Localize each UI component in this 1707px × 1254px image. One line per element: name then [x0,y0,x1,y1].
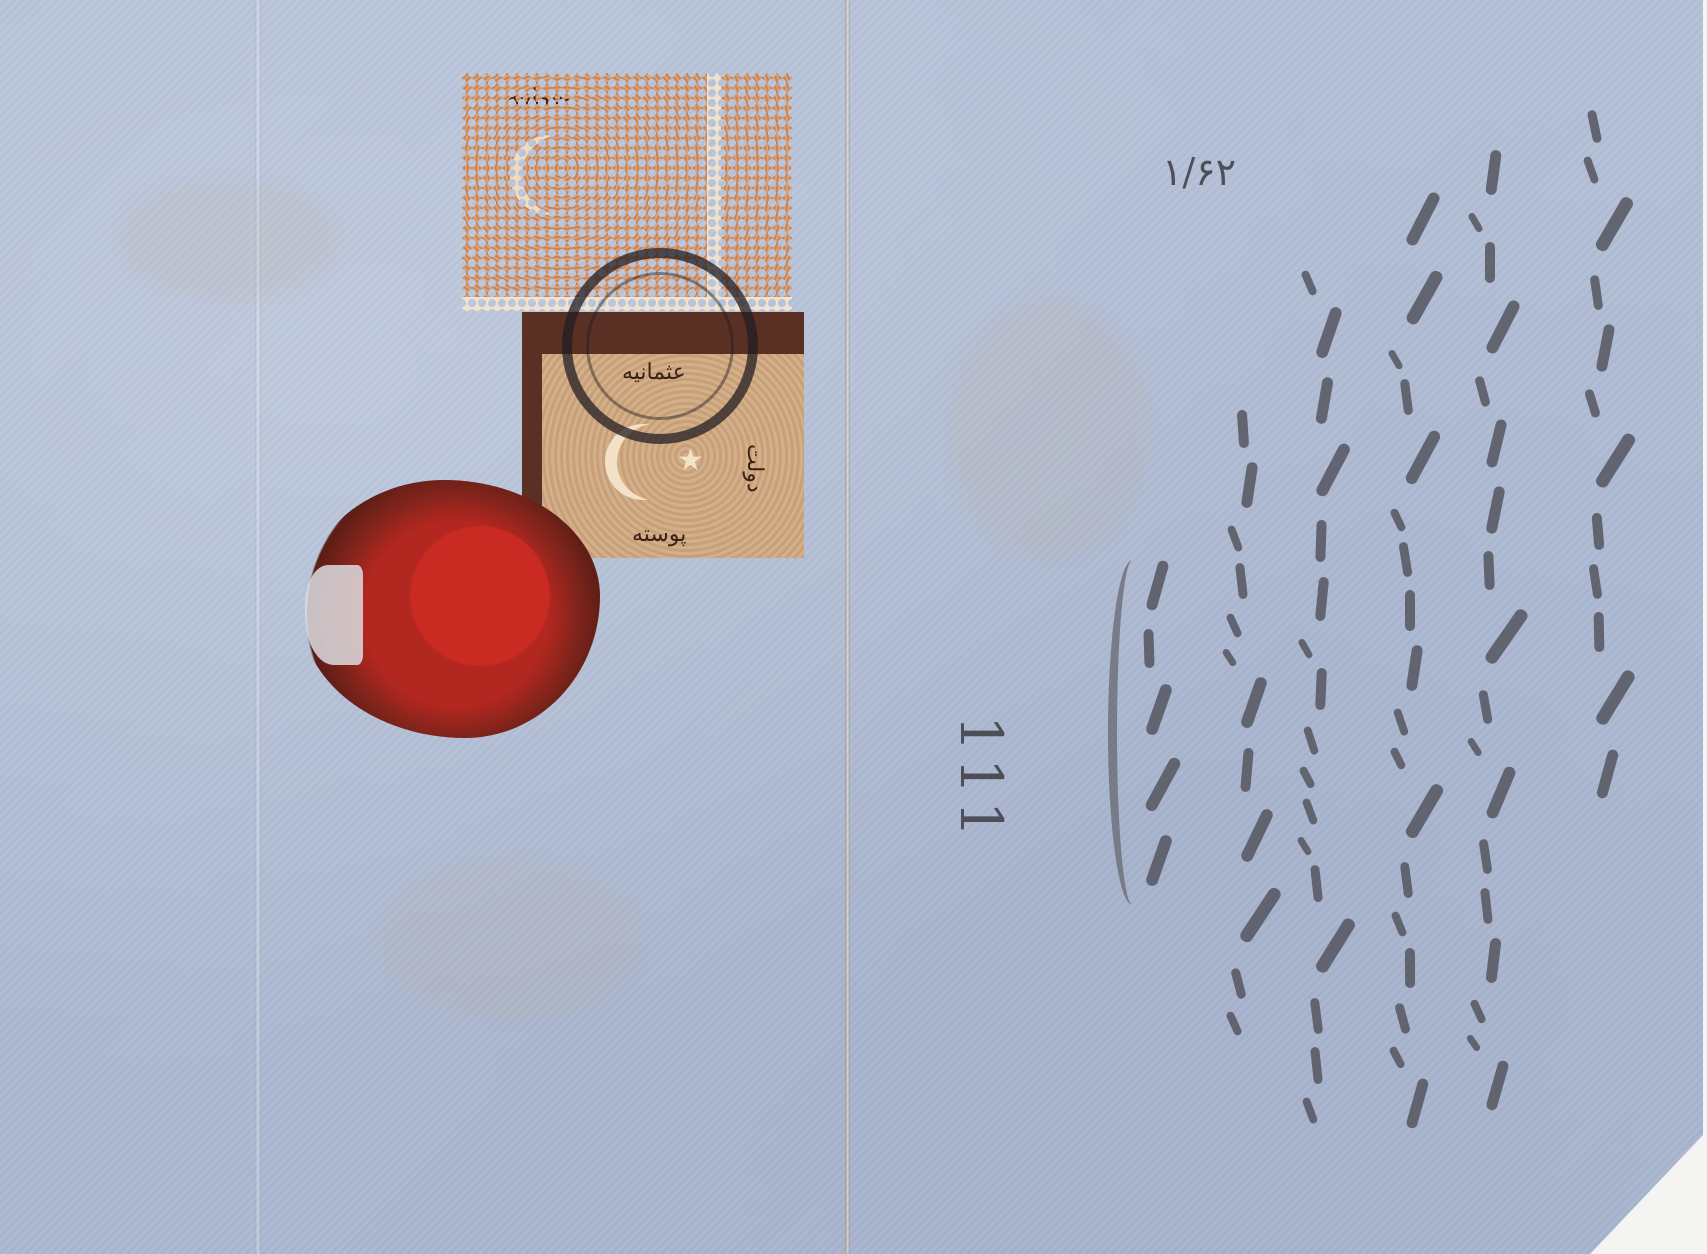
ink-stroke [1485,242,1495,283]
paper-stain [120,180,340,300]
fold-crease-center [845,0,850,1254]
ink-stroke [1405,590,1415,631]
ink-stroke [1467,212,1484,234]
letter-photo: عثمانیه ★ عثمانیه دولت پوسته 111 ۱/۶۲ [0,0,1707,1254]
ink-stroke [1405,948,1415,988]
ink-stroke [1302,798,1319,826]
ink-stroke [1315,377,1334,425]
ink-stroke [1485,149,1502,195]
ink-stroke [1310,865,1323,902]
ink-stroke [1230,968,1246,1000]
ink-stroke [1240,747,1254,791]
ink-stroke [1405,645,1422,692]
ink-stroke [1478,689,1493,724]
ink-stroke [1310,1047,1323,1084]
ink-stroke [1483,551,1494,590]
ink-stroke [1485,937,1501,983]
ink-stroke [1400,378,1414,415]
handwritten-line [1300,270,1340,1140]
ink-stroke [1485,485,1505,534]
ink-stroke [1589,275,1603,311]
ink-stroke [1237,410,1249,449]
ink-stroke [1298,766,1315,790]
handwritten-line [1470,150,1510,1100]
postmark-inner-ring [586,272,734,420]
ink-stroke [1297,637,1314,659]
stamp-inscription: دولت [742,444,767,493]
crescent-icon [522,135,602,215]
marginal-note: ۱/۶۲ [1162,150,1236,194]
ink-stroke [1587,109,1603,143]
handwritten-line [1390,190,1430,1120]
star-icon: ★ [677,446,704,476]
ink-stroke [1240,675,1269,729]
handwritten-numerals: 111 [947,715,1015,844]
ink-stroke [1240,462,1257,509]
ink-stroke [1315,668,1327,710]
ink-stroke [1393,707,1410,737]
ink-stroke [1235,563,1249,600]
ink-stroke [1388,1045,1405,1069]
handwritten-line [1225,410,1265,1060]
ink-stroke [1582,155,1599,184]
handwritten-bracket [1108,560,1157,905]
paper-stain [380,860,640,1020]
stamp-inscription: عثمانیه [507,85,571,110]
wax-seal-chip [305,565,363,665]
ink-stroke [1589,563,1603,599]
ink-stroke [1594,612,1605,652]
ink-stroke [1591,512,1604,550]
ink-stroke [1595,323,1615,372]
ink-stroke [1398,541,1413,577]
ink-stroke [1395,1003,1411,1035]
stamp-inscription: پوسته [632,522,686,547]
ink-stroke [1479,839,1493,875]
ink-stroke [1400,861,1414,898]
ink-stroke [1391,911,1408,938]
ink-stroke [1485,418,1508,469]
ink-stroke [1315,305,1343,359]
ink-stroke [1389,747,1406,771]
ink-stroke [1583,388,1600,419]
circular-postmark [562,248,758,444]
ink-stroke [1303,725,1320,755]
paper-stain [950,300,1150,560]
ink-stroke [1475,376,1491,408]
ink-stroke [1227,525,1244,554]
ink-stroke [1315,577,1330,622]
ink-stroke [1480,887,1493,924]
ink-stroke [1387,348,1404,370]
ink-stroke [1225,613,1242,639]
handwritten-line [1580,110,1620,780]
ink-stroke [1470,999,1487,1025]
ink-stroke [1315,520,1327,562]
ink-stroke [1297,836,1314,857]
ink-stroke [1300,269,1317,296]
ink-stroke [1310,997,1324,1034]
ink-stroke [1302,1097,1319,1125]
ink-stroke [1389,507,1406,532]
ink-stroke [1225,1011,1242,1037]
